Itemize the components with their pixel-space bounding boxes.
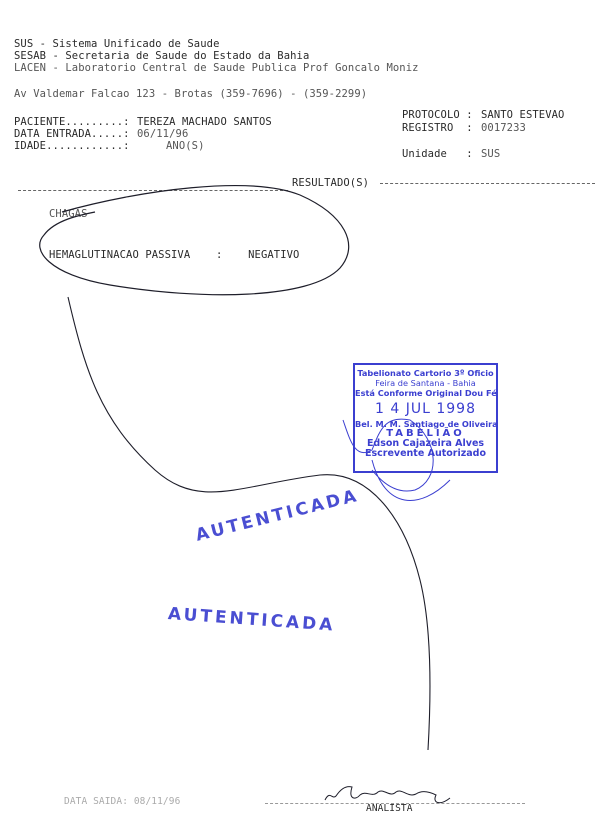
- registry-label: REGISTRO :: [402, 122, 473, 134]
- header-address: Av Valdemar Falcao 123 - Brotas (359-769…: [14, 88, 367, 100]
- result-line: HEMAGLUTINACAO PASSIVA : NEGATIVO: [49, 243, 299, 262]
- header-line-sus: SUS - Sistema Unificado de Saude: [14, 38, 220, 50]
- age-value: ANO(S): [166, 140, 205, 152]
- notary-date: 1 4 JUL 1998: [355, 400, 496, 418]
- header-line-lacen: LACEN - Laboratorio Central de Saude Pub…: [14, 62, 419, 74]
- results-section-title: RESULTADO(S): [292, 177, 369, 189]
- analyst-signature-ink: [325, 787, 450, 803]
- result-circle-ink: [40, 186, 349, 295]
- results-divider-right: [380, 183, 595, 184]
- authentication-stamp-2: AUTENTICADA: [167, 604, 336, 636]
- authentication-stamp-1: AUTENTICADA: [194, 486, 362, 546]
- result-separator: :: [216, 249, 222, 261]
- header-line-sesab: SESAB - Secretaria de Saude do Estado da…: [14, 50, 309, 62]
- notary-stamp: Tabelionato Cartorio 3º Oficio Feira de …: [353, 363, 498, 473]
- notary-line-1: Tabelionato Cartorio 3º Oficio: [355, 368, 496, 378]
- unit-value: SUS: [481, 148, 500, 160]
- entry-date-label: DATA ENTRADA.....:: [14, 128, 130, 140]
- results-divider-left: [18, 190, 288, 191]
- patient-name-label: PACIENTE.........:: [14, 116, 130, 128]
- patient-name-value: TEREZA MACHADO SANTOS: [137, 116, 272, 128]
- result-value: NEGATIVO: [248, 249, 299, 261]
- analyst-label: ANALISTA: [366, 803, 413, 815]
- registry-value: 0017233: [481, 122, 526, 134]
- notary-line-2: Feira de Santana - Bahia: [355, 378, 496, 388]
- protocol-label: PROTOCOLO :: [402, 109, 473, 121]
- age-label: IDADE............:: [14, 140, 130, 152]
- exit-date: DATA SAIDA: 08/11/96: [64, 796, 180, 808]
- unit-label: Unidade :: [402, 148, 473, 160]
- notary-clerk-role: Escrevente Autorizado: [355, 449, 496, 459]
- exam-name: CHAGAS: [49, 208, 88, 220]
- notary-line-3: Está Conforme Original Dou Fé: [355, 388, 496, 398]
- entry-date-value: 06/11/96: [137, 128, 188, 140]
- protocol-value: SANTO ESTEVAO: [481, 109, 564, 121]
- exam-method: HEMAGLUTINACAO PASSIVA: [49, 249, 190, 261]
